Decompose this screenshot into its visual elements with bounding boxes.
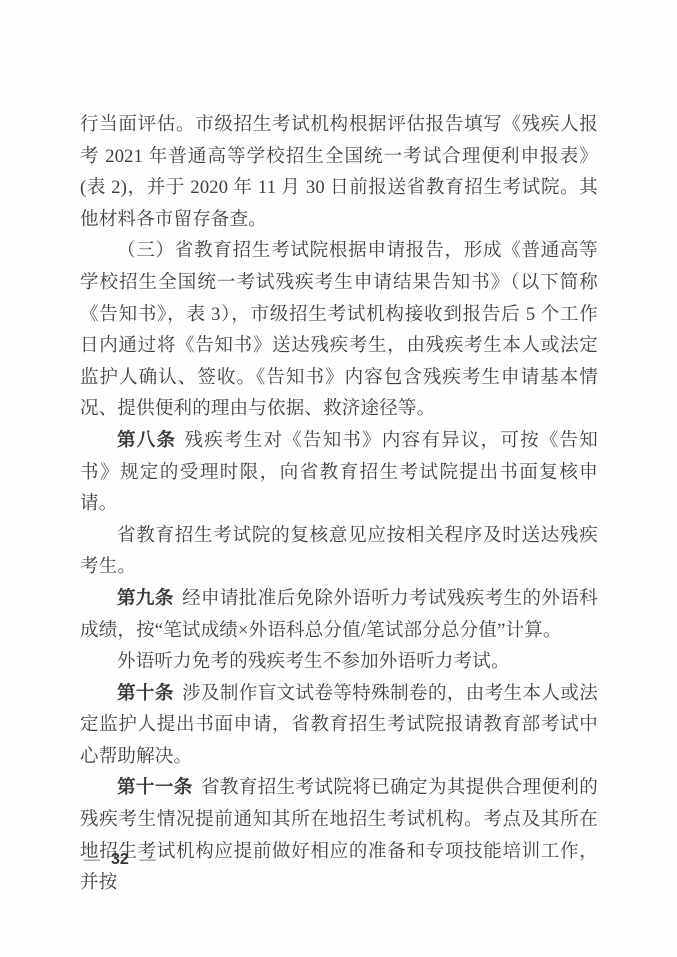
article-8-label: 第八条 (117, 431, 176, 451)
page-number: 32 (111, 851, 129, 869)
paragraph-review-opinion: 省教育招生考试院的复核意见应按相关程序及时送达残疾考生。 (80, 521, 598, 584)
paragraph-continuation: 行当面评估。市级招生考试机构根据评估报告填写《残疾人报考 2021 年普通高等学… (80, 110, 598, 236)
footer-dash-left: — (84, 851, 100, 869)
paragraph-article-8: 第八条残疾考生对《告知书》内容有异议，可按《告知书》规定的受理时限，向省教育招生… (80, 426, 598, 521)
article-10-label: 第十条 (117, 684, 174, 704)
paragraph-article-9: 第九条经申请批准后免除外语听力考试残疾考生的外语科成绩，按“笔试成绩×外语科总分… (80, 584, 598, 647)
paragraph-listening-exempt: 外语听力免考的残疾考生不参加外语听力考试。 (80, 647, 598, 679)
page-footer: — 32 — (84, 851, 156, 869)
paragraph-item-3: （三）省教育招生考试院根据申请报告，形成《普通高等学校招生全国统一考试残疾考生申… (80, 236, 598, 426)
footer-dash-right: — (140, 851, 156, 869)
document-page: 行当面评估。市级招生考试机构根据评估报告填写《残疾人报考 2021 年普通高等学… (0, 0, 677, 957)
paragraph-article-10: 第十条涉及制作盲文试卷等特殊制卷的，由考生本人或法定监护人提出书面申请，省教育招… (80, 679, 598, 774)
paragraph-article-11: 第十一条省教育招生考试院将已确定为其提供合理便利的残疾考生情况提前通知其所在地招… (80, 773, 598, 899)
document-body: 行当面评估。市级招生考试机构根据评估报告填写《残疾人报考 2021 年普通高等学… (80, 110, 598, 900)
article-9-label: 第九条 (117, 589, 174, 609)
article-11-label: 第十一条 (117, 778, 193, 798)
